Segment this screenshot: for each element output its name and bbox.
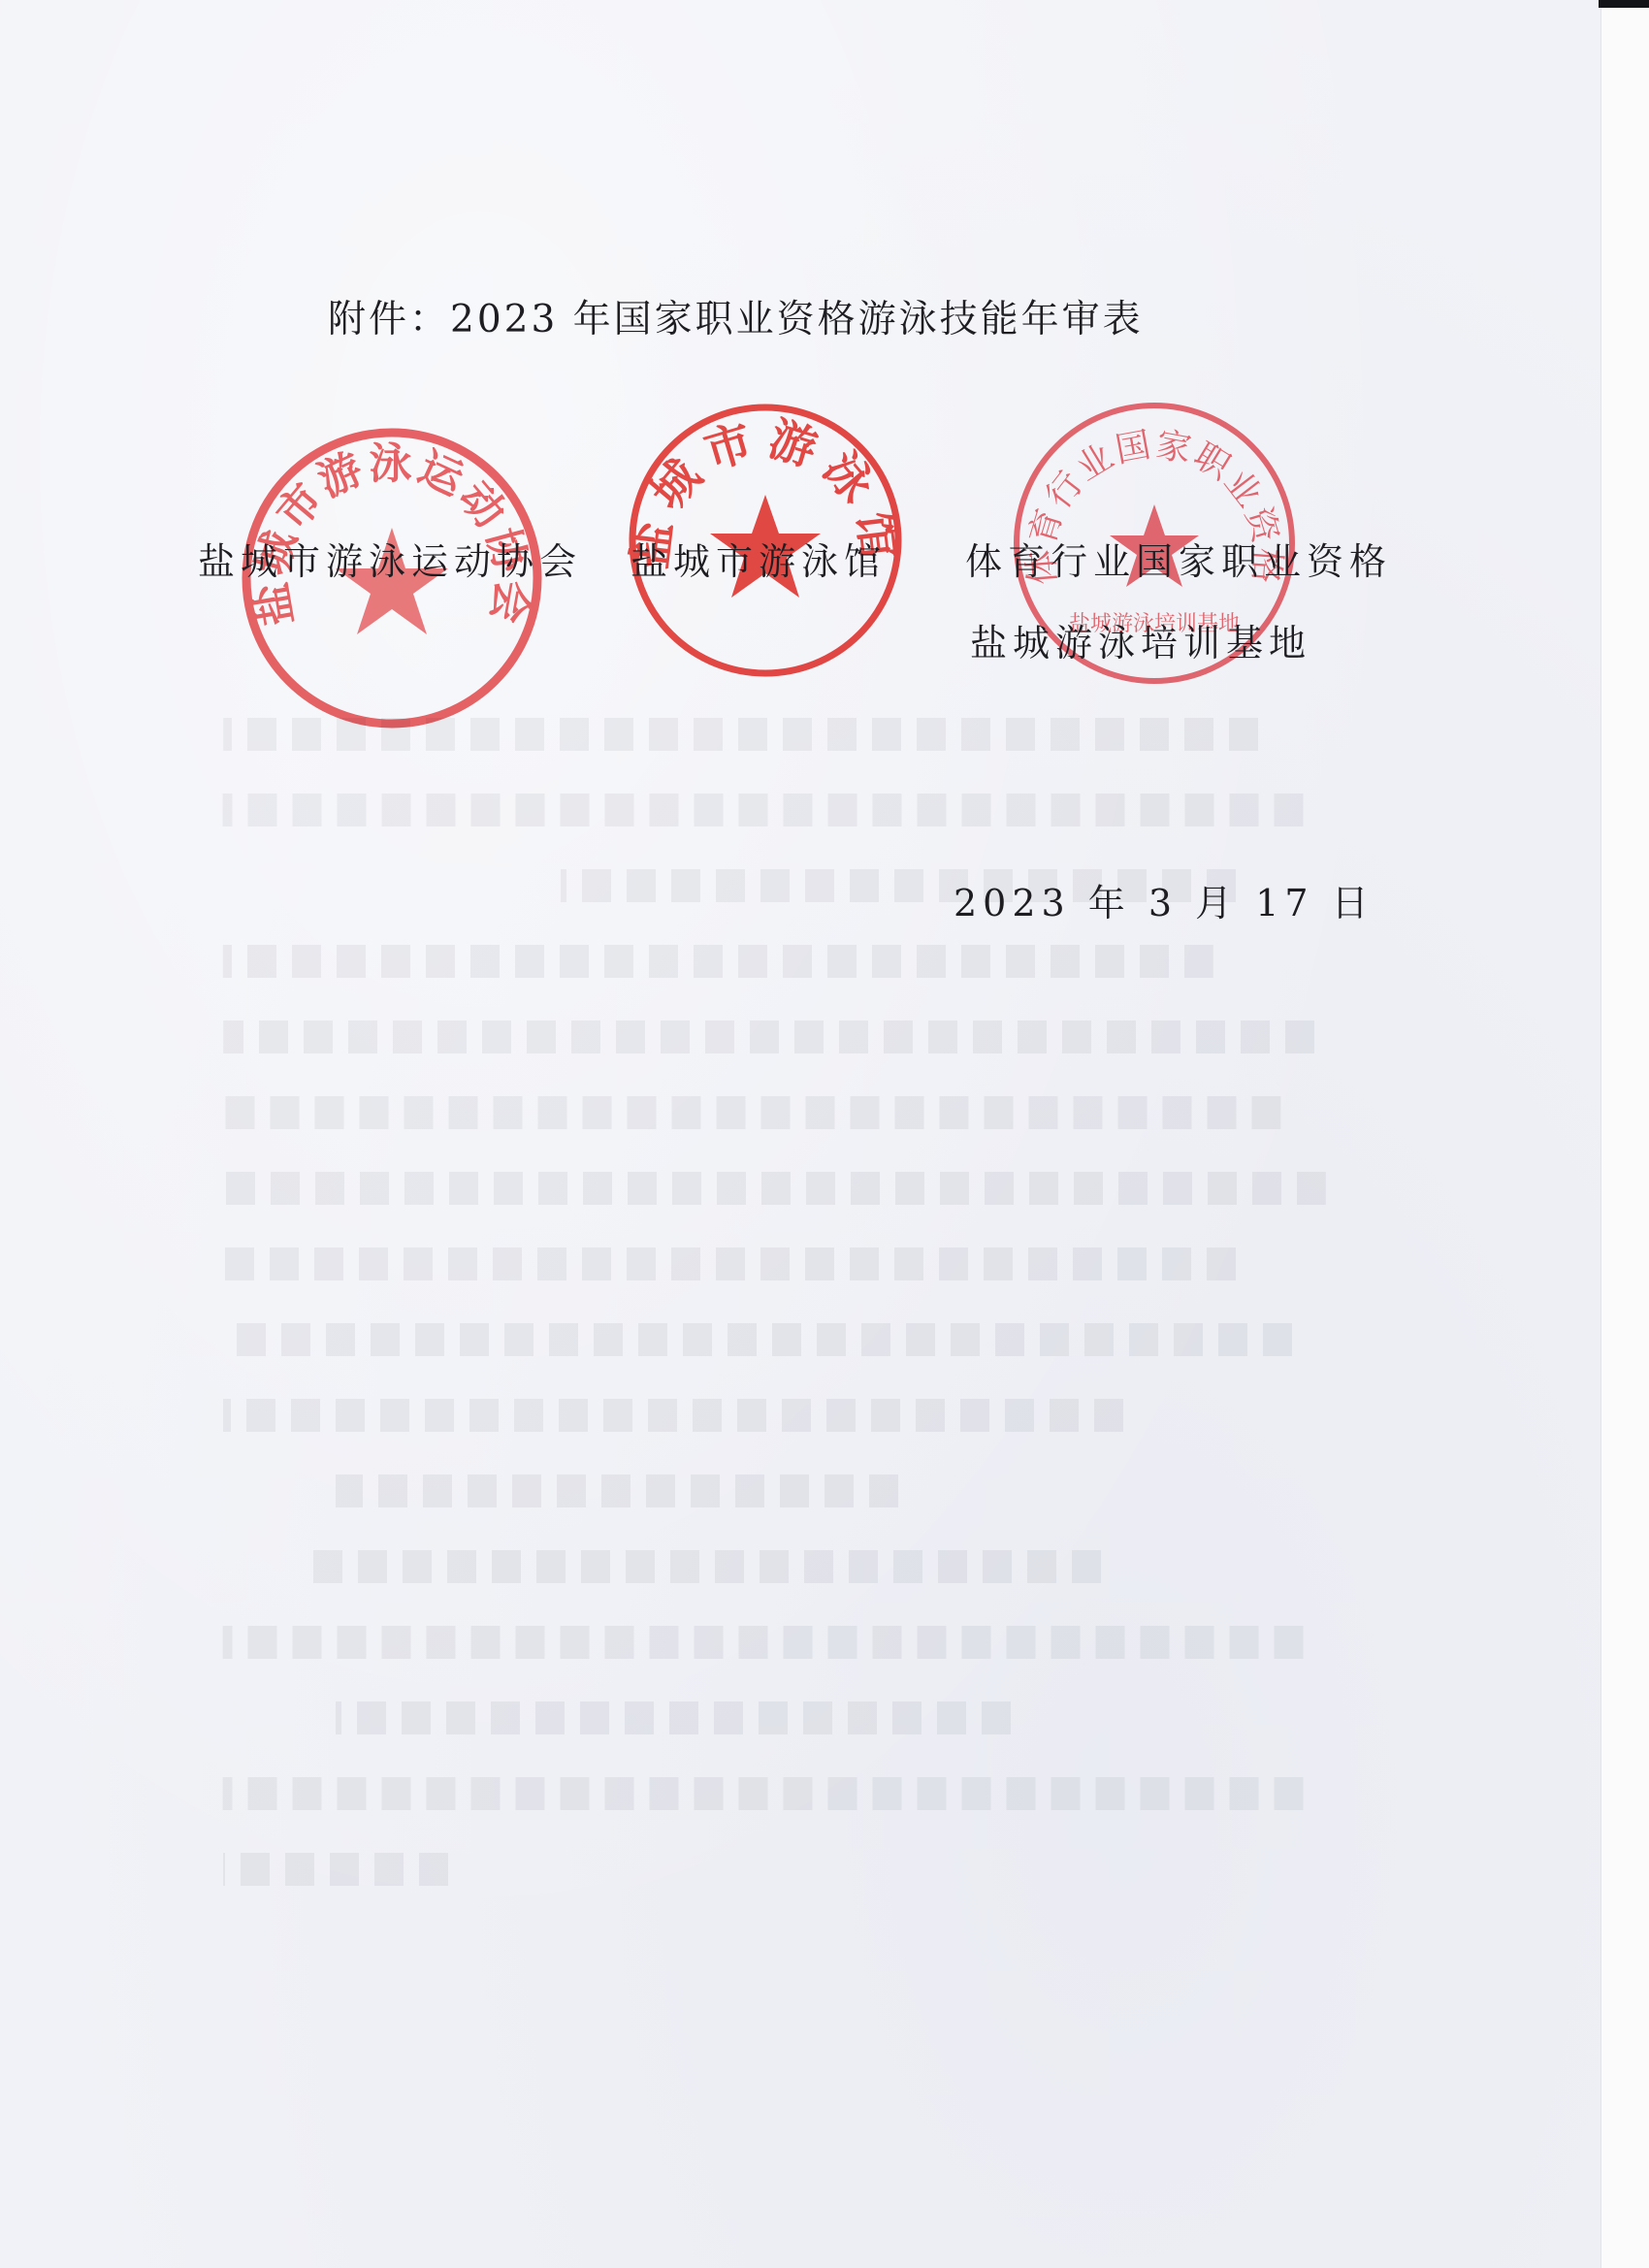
document-date: 2023 年 3 月 17 日	[954, 873, 1374, 926]
signatory-swimming-association: 盐城市游泳运动协会	[198, 532, 582, 585]
signatory-training-base-line2: 盐城游泳培训基地	[970, 613, 1311, 666]
document-title: 附件：2023 年国家职业资格游泳技能年审表	[328, 289, 1144, 343]
signatory-swimming-hall: 盐城市游泳馆	[630, 532, 887, 585]
signatory-training-base-line1: 体育行业国家职业资格	[965, 532, 1392, 585]
page-edge	[1600, 8, 1649, 2268]
scan-corner	[1599, 0, 1649, 8]
